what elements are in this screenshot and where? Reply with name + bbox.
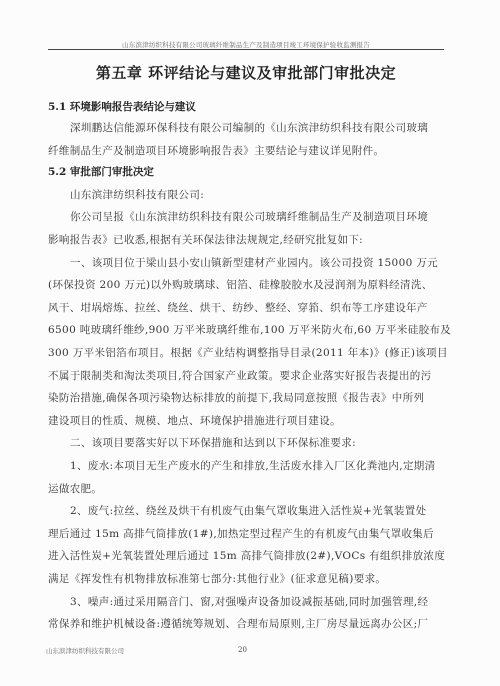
chapter-title: 第五章 环评结论与建议及审批部门审批决定 [48,62,444,83]
addressee-line: 山东滨津纺织科技有限公司: [70,187,204,202]
paragraph-line: 影响报告表》已收悉,根据有关环保法律法规规定,经研究批复如下: [48,232,363,247]
paragraph-line: 纤维制品生产及制造项目环境影响报告表》主要结论与建议详见附件。 [48,143,384,158]
paragraph-line: 建设项目的性质、规模、地点、环境保护措施进行项目建设。 [48,413,341,428]
paragraph-line: 1、废水:本项目无生产废水的产生和排放,生活废水排入厂区化粪池内,定期清 [70,458,436,473]
paragraph-line: 不属于限制类和淘汰类项目,符合国家产业政策。要求企业落实好报告表提出的污 [48,368,431,383]
paragraph-line: 2、废气:拉丝、绕丝及烘干有机废气由集气罩收集进入活性炭+光氧装置处 [70,503,426,518]
document-page: 山东滨津纺织科技有限公司玻璃纤维制品生产及制造项目竣工环境保护验收监测报告 第五… [0,0,500,686]
paragraph-line: 二、该项目要落实好以下环保措施和达到以下环保标准要求: [70,435,356,450]
paragraph-line: 一、该项目位于梁山县小安山镇新型建材产业园内。该公司投资 15000 万元 [70,255,438,270]
header-rule [48,49,444,50]
section-heading-5-2: 5.2 审批部门审批决定 [48,164,154,179]
paragraph-line: 6500 吨玻璃纤维纱,900 万平米玻璃纤维布,100 万平米防火布,60 万… [48,322,451,337]
paragraph-line: 300 万平米铝箔布项目。根据《产业结构调整指导目录(2011 年本)》(修正)… [48,345,448,360]
paragraph-line: 运做农肥。 [48,481,102,496]
paragraph-line: 风干、坩埚熔炼、拉丝、绕丝、烘干、纺纱、整经、穿筘、织布等工序建设年产 [48,300,428,315]
paragraph-line: (环保投资 200 万元)以外购玻璃球、铝箔、硅橡胶胶水及浸润剂为原料经清洗、 [48,277,433,292]
footer-company: 山东滨津纺织科技有限公司 [46,646,124,655]
paragraph-line: 进入活性炭+光氧装置处理后通过 15m 高排气筒排放(2#),VOCs 有组织排… [48,548,445,563]
paragraph-line: 理后通过 15m 高排气筒排放(1#),加热定型过程产生的有机废气由集气罩收集后 [48,526,434,541]
section-heading-5-1: 5.1 环境影响报告表结论与建议 [48,99,196,114]
paragraph-line: 满足《挥发性有机物排放标准第七部分:其他行业》(征求意见稿)要求。 [48,571,386,586]
paragraph-line: 你公司呈报《山东滨津纺织科技有限公司玻璃纤维制品生产及制造项目环境 [70,209,428,224]
paragraph-line: 3、噪声:通过采用隔音门、窗,对强噪声设备加设减振基础,同时加强管理,经 [70,594,428,609]
running-header: 山东滨津纺织科技有限公司玻璃纤维制品生产及制造项目竣工环境保护验收监测报告 [48,40,444,49]
paragraph-line: 常保养和维护机械设备:遵循统筹规划、合理布局原则,主厂房尽量远离办公区;厂 [48,616,428,631]
page-number: 20 [238,646,247,654]
paragraph-line: 染防治措施,确保各项污染物达标排放的前提下,我局同意按照《报告表》中所列 [48,390,424,405]
paragraph-line: 深圳鹏达信能源环保科技有限公司编制的《山东滨津纺织科技有限公司玻璃 [70,120,428,135]
